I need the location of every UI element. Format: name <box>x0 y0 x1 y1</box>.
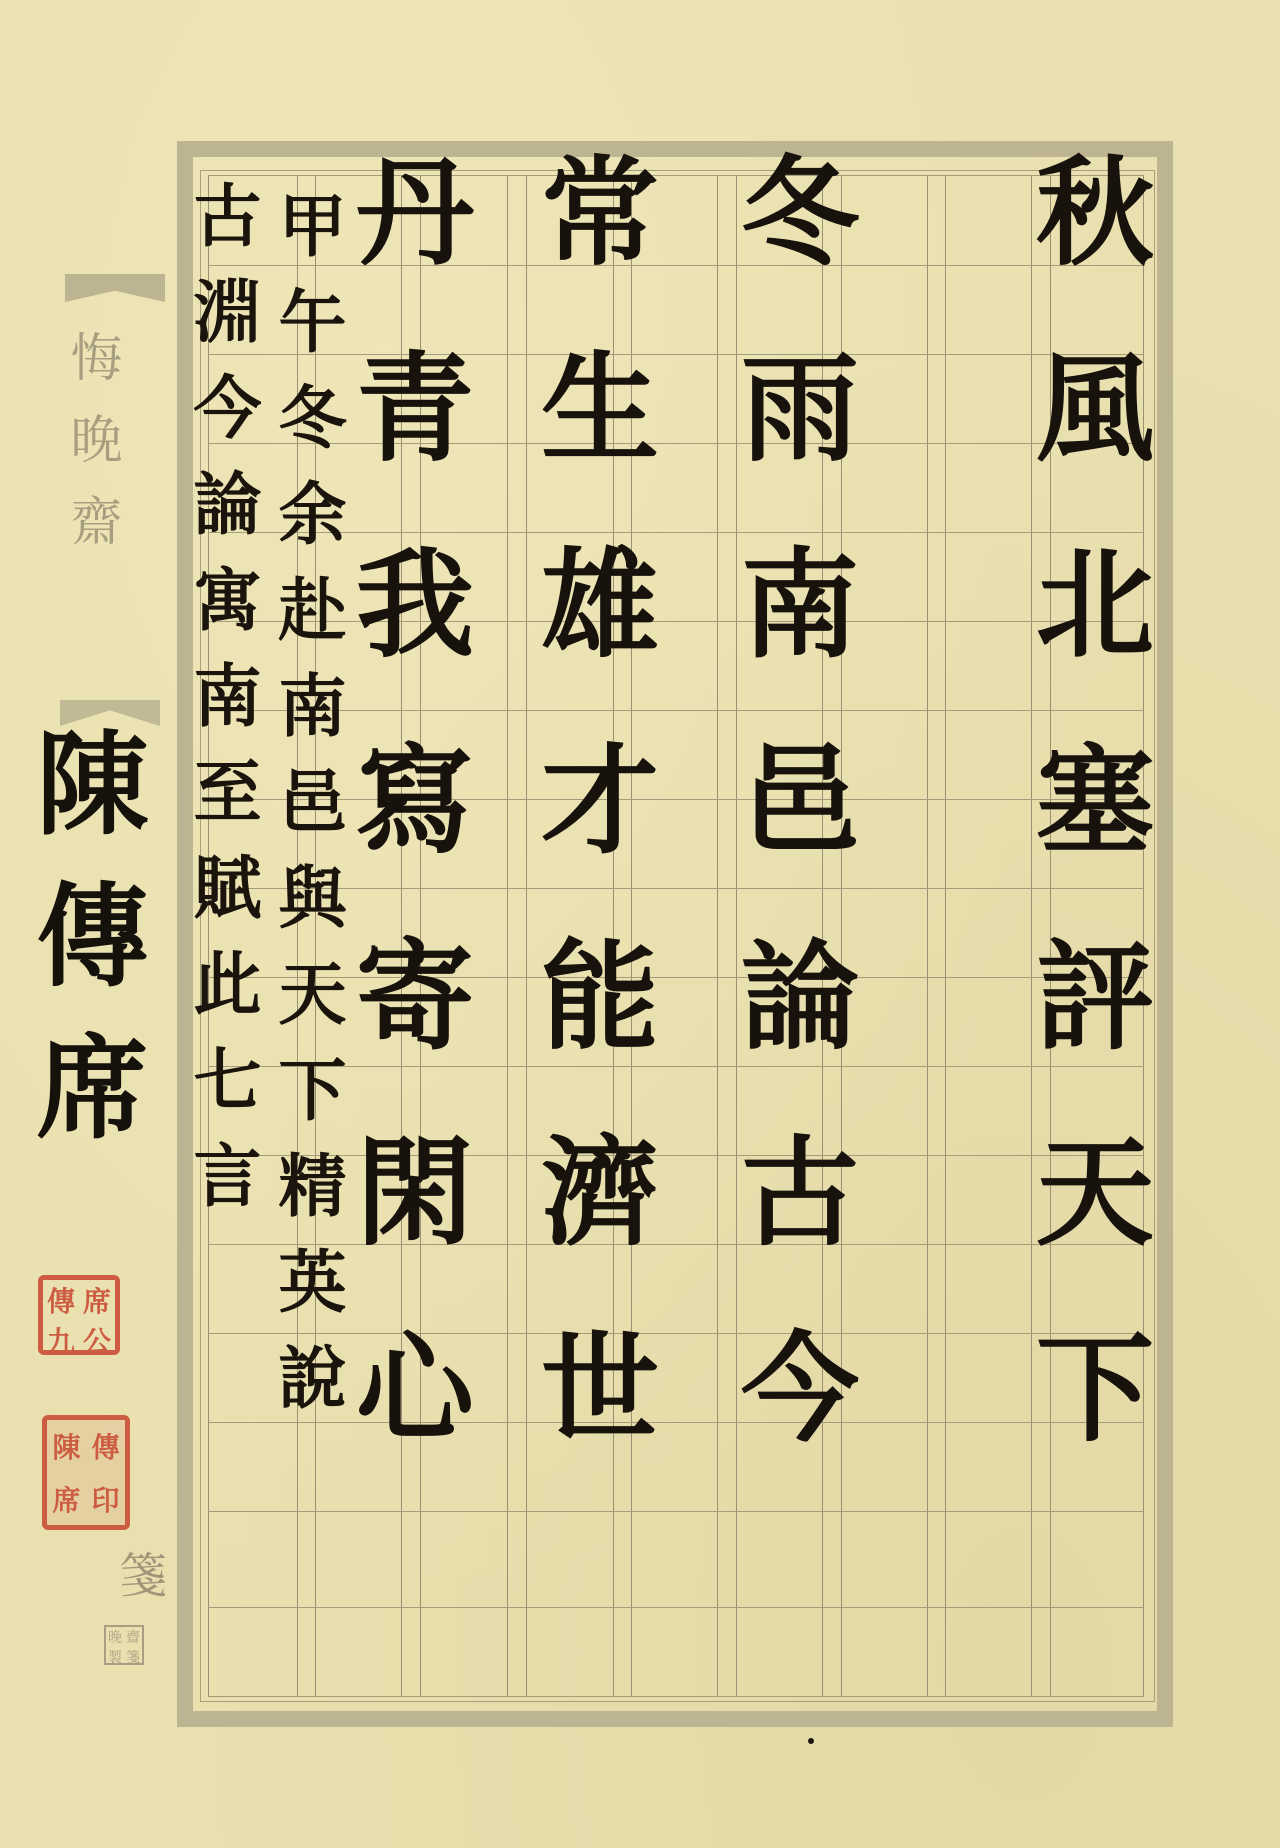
seal-char: 晚 <box>106 1627 124 1647</box>
inscription-column-1: 甲午冬余赴南邑與天下精英說 <box>265 190 345 1438</box>
studio-label-text: 悔晚齋 <box>80 330 150 576</box>
seal-char: 箋 <box>124 1647 142 1667</box>
seal-lower: 陳 傳 席 印 <box>42 1415 130 1530</box>
poem-column-2: 冬雨南邑論古今 <box>725 150 855 1522</box>
seal-upper: 傳 席 九 公 <box>38 1275 120 1355</box>
seal-char: 製 <box>106 1647 124 1667</box>
seal-char: 傳 <box>43 1280 79 1320</box>
seal-char: 陳 <box>47 1426 86 1466</box>
seal-char: 印 <box>86 1479 125 1519</box>
seal-char: 席 <box>79 1280 115 1320</box>
seal-char: 公 <box>79 1320 115 1360</box>
artist-signature: 陳傳席 <box>8 725 158 1181</box>
seal-char: 席 <box>47 1479 86 1519</box>
poem-column-4: 丹青我寫寄閑心 <box>340 150 470 1522</box>
poem-column-1: 秋風北塞評天下 <box>1020 150 1150 1522</box>
ink-speck <box>808 1738 814 1744</box>
paper-maker-mark: 箋 <box>118 1548 168 1604</box>
poem-column-3: 常生雄才能濟世 <box>525 150 655 1522</box>
seal-char: 齋 <box>124 1627 142 1647</box>
inscription-column-2: 古淵今論寓南至賦此七言 <box>180 180 260 1236</box>
seal-char: 九 <box>43 1320 79 1360</box>
seal-char: 傳 <box>86 1426 125 1466</box>
paper-maker-seal: 晚 齋 製 箋 <box>104 1625 144 1665</box>
